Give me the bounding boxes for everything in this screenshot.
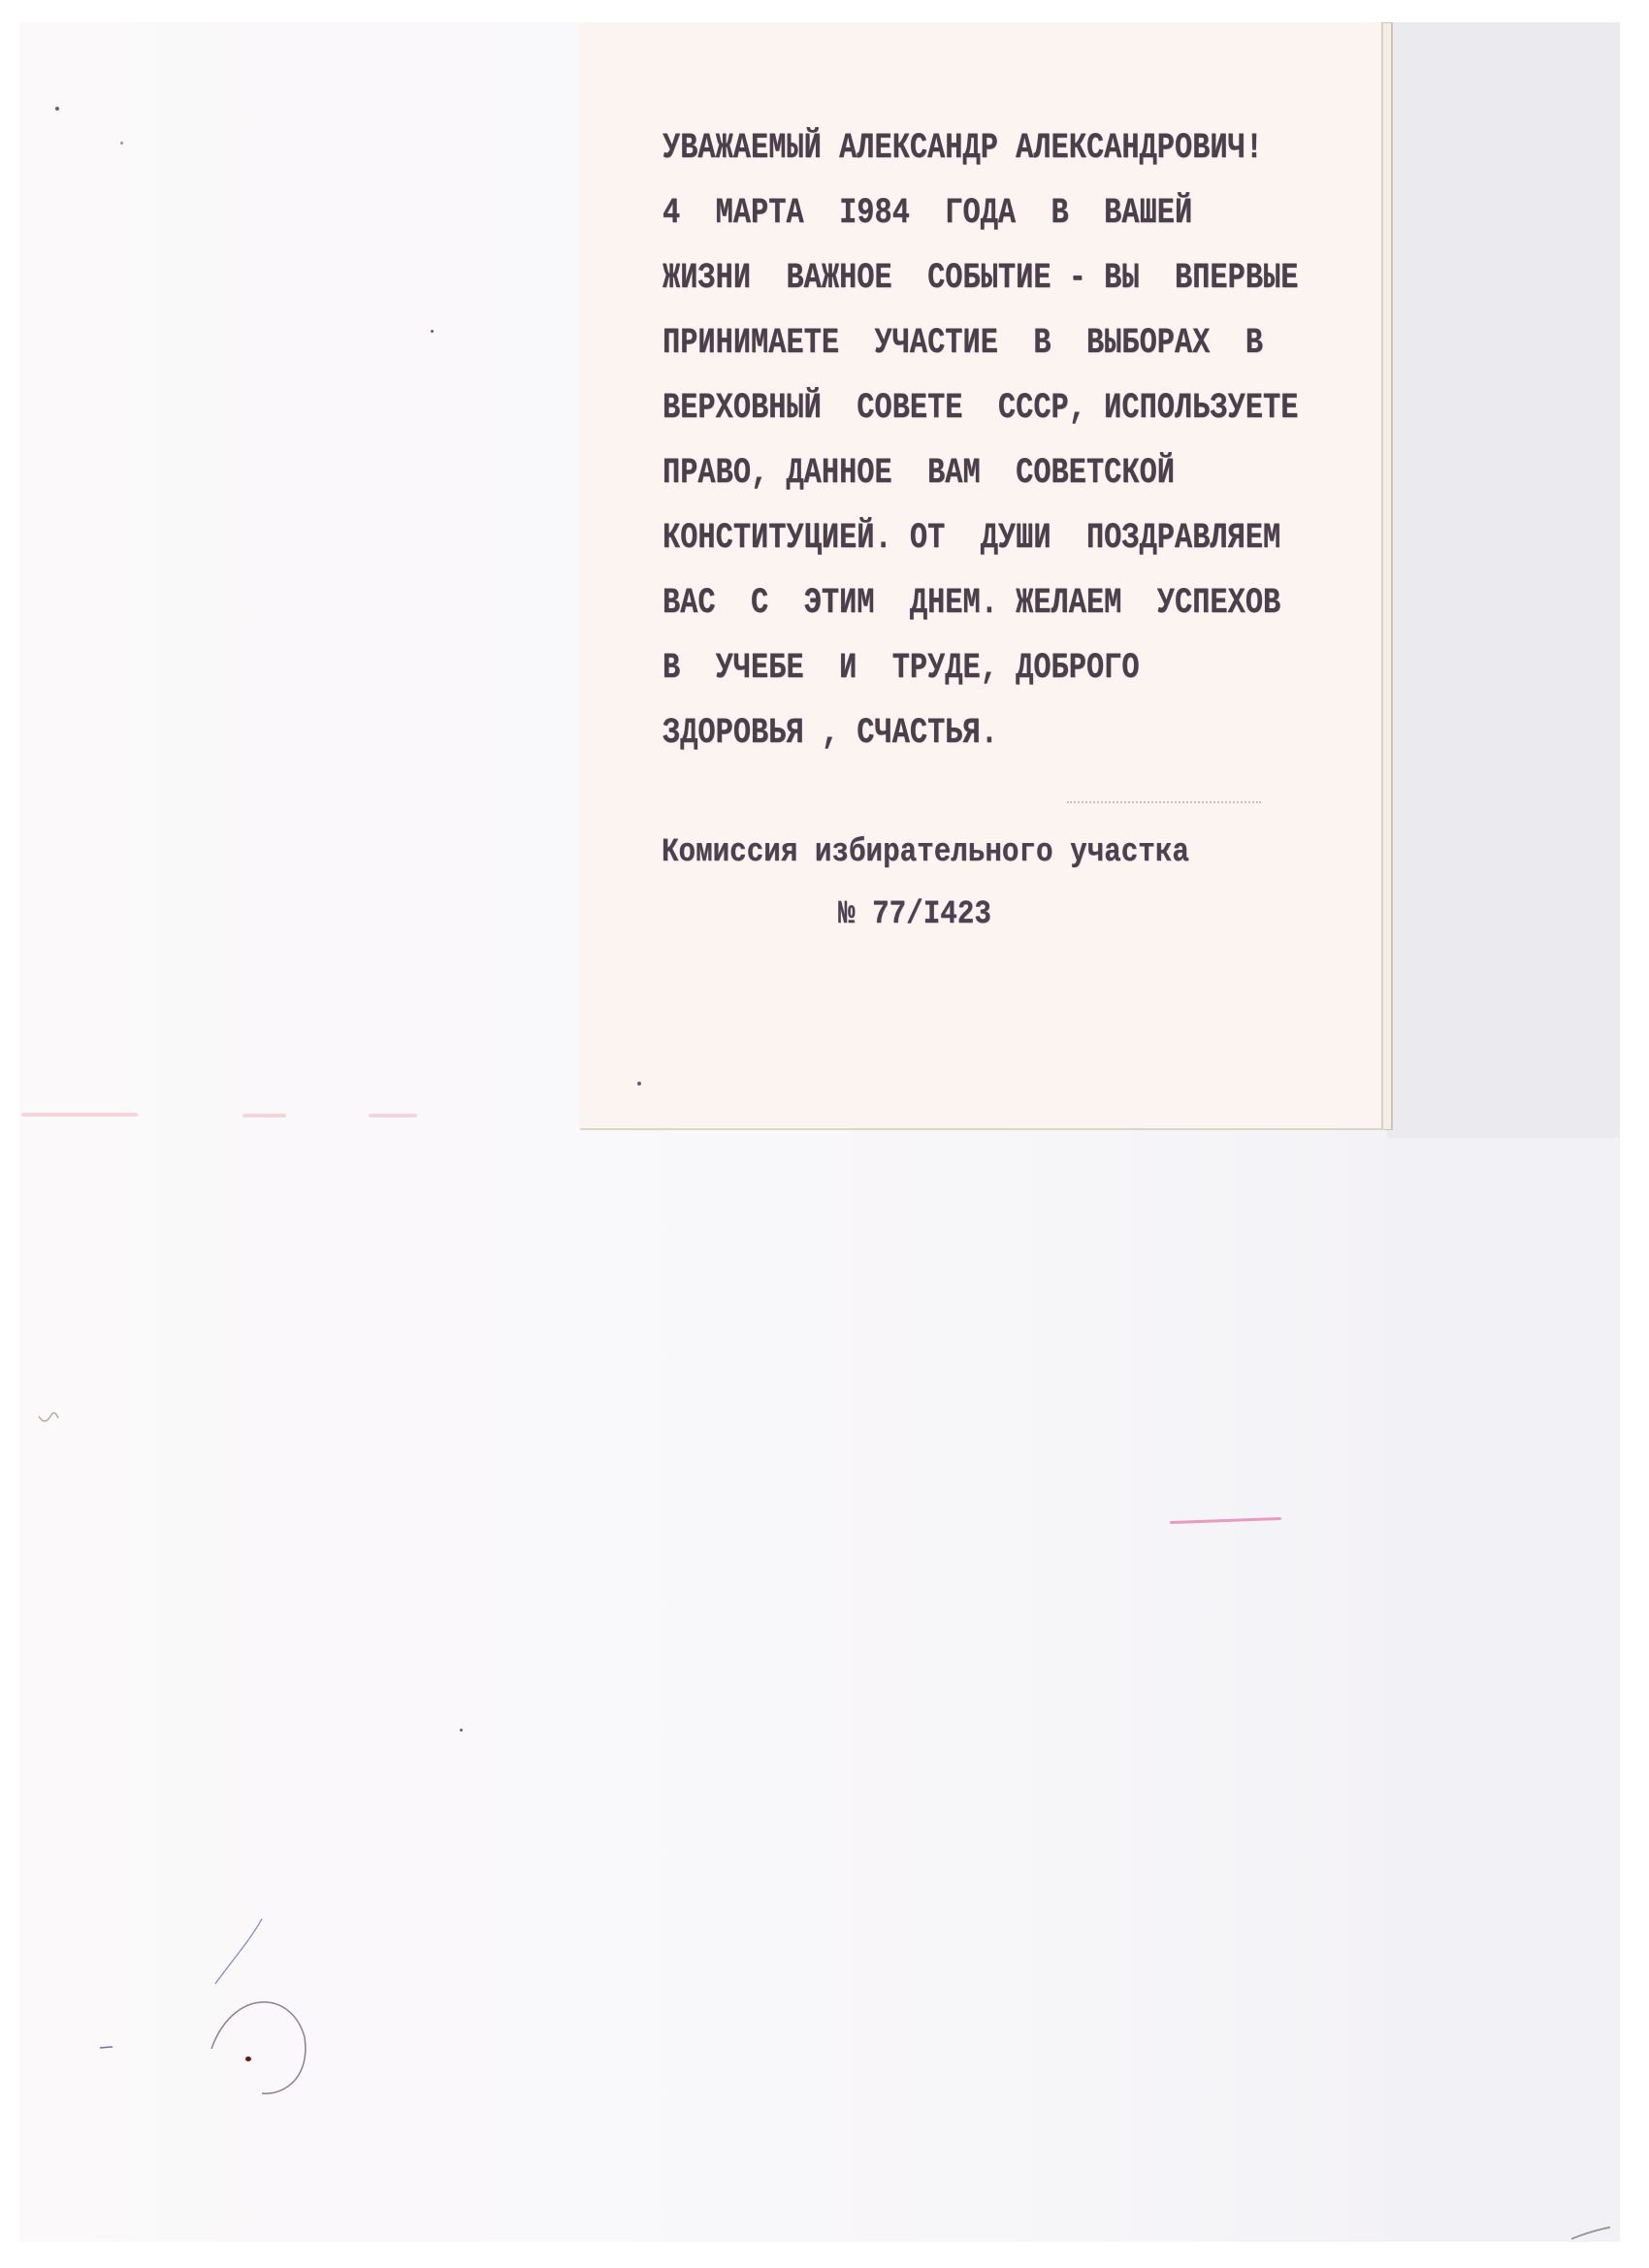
pencil-scribble-marks [0, 0, 1649, 2268]
